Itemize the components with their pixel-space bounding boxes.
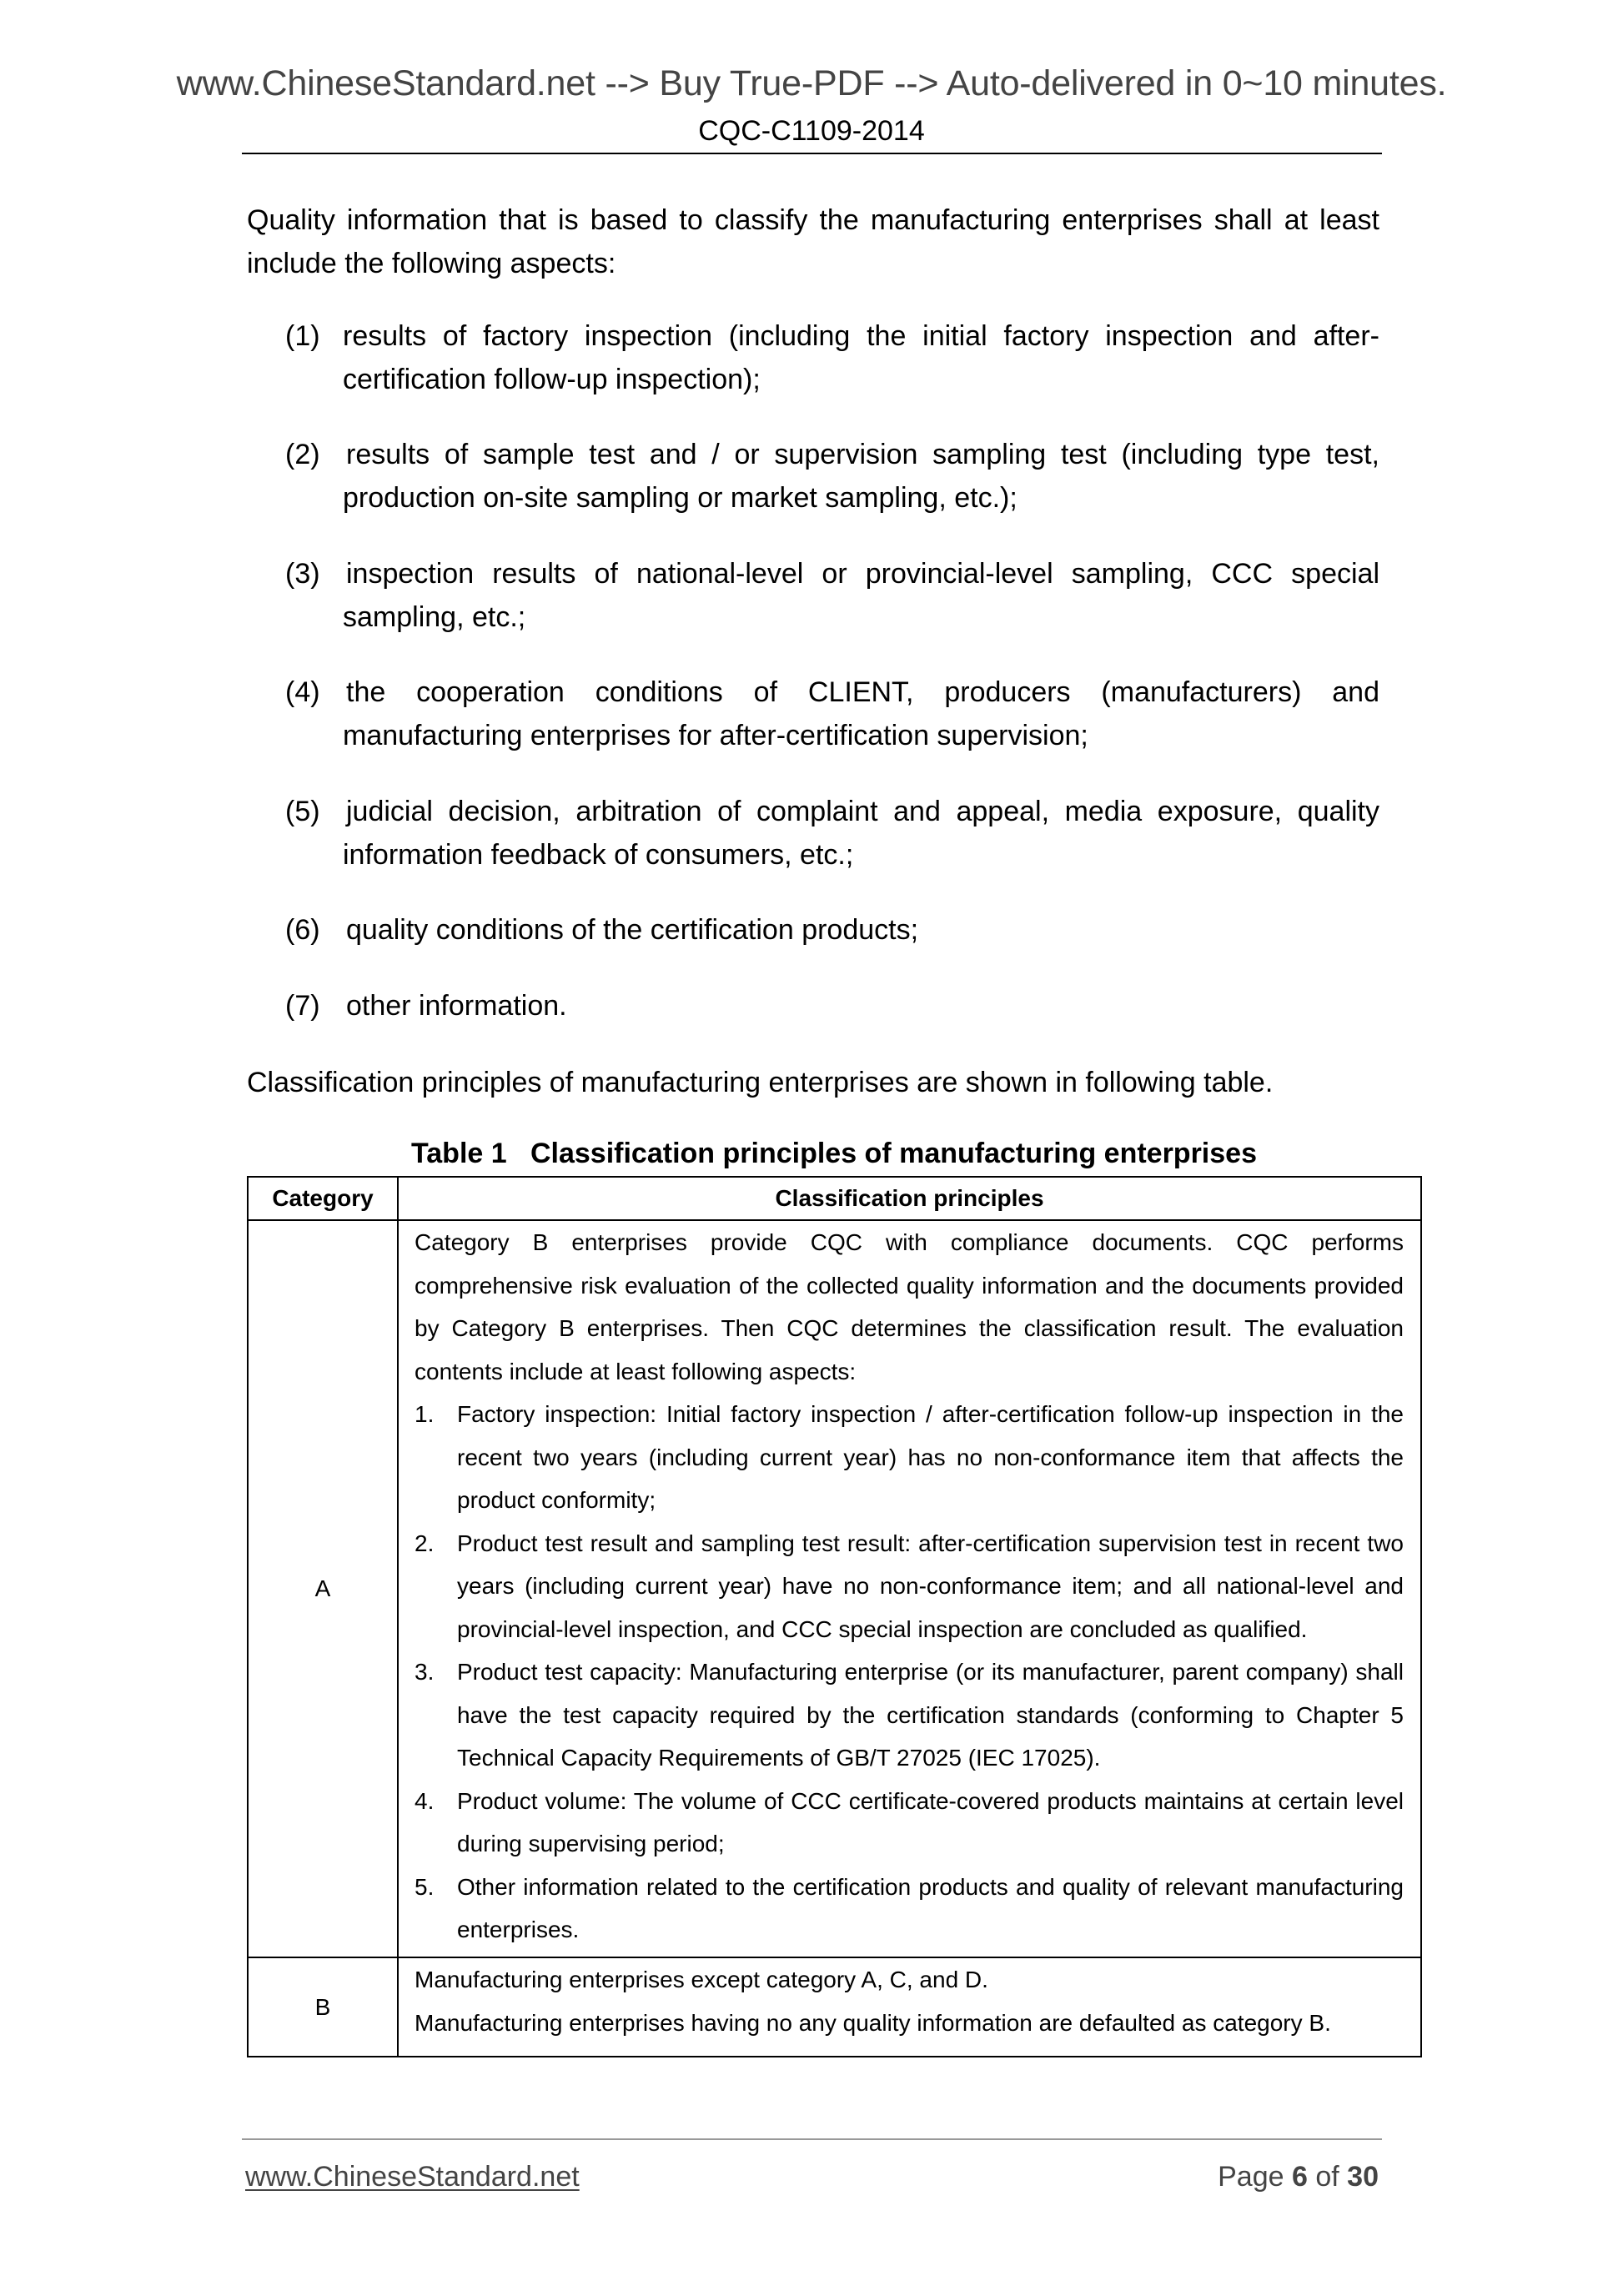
page-indicator: Page 6 of 30 <box>1203 2161 1379 2193</box>
principles-cell: Category B enterprises provide CQC with … <box>398 1220 1421 1957</box>
aspect-text: results of factory inspection (including… <box>343 314 1379 401</box>
header-divider <box>242 153 1382 154</box>
aspect-text: the cooperation conditions of CLIENT, pr… <box>343 671 1379 757</box>
page-label: Page <box>1218 2161 1284 2193</box>
aspect-item-7: (7) other information. <box>285 984 1379 1027</box>
principle-item: 1. Factory inspection: Initial factory i… <box>415 1393 1404 1522</box>
principle-marker: 3. <box>415 1650 434 1694</box>
principle-item: 2. Product test result and sampling test… <box>415 1522 1404 1651</box>
aspect-marker: (7) <box>285 984 320 1027</box>
principle-line: Manufacturing enterprises except categor… <box>415 1958 1404 2002</box>
aspect-item-6: (6) quality conditions of the certificat… <box>285 908 1379 952</box>
table-row: B Manufacturing enterprises except categ… <box>248 1957 1421 2057</box>
aspect-text: other information. <box>343 984 1379 1027</box>
principle-item: 4. Product volume: The volume of CCC cer… <box>415 1780 1404 1866</box>
principle-line: Manufacturing enterprises having no any … <box>415 2002 1404 2045</box>
table-caption: Table 1 Classification principles of man… <box>247 1138 1421 1170</box>
principle-marker: 4. <box>415 1780 434 1823</box>
principle-marker: 1. <box>415 1393 434 1436</box>
aspect-item-3: (3) inspection results of national-level… <box>285 552 1379 639</box>
category-cell: B <box>248 1957 398 2057</box>
aspect-marker: (2) <box>285 433 320 476</box>
aspect-text: judicial decision, arbitration of compla… <box>343 790 1379 877</box>
category-cell: A <box>248 1220 398 1957</box>
intro-paragraph: Quality information that is based to cla… <box>247 198 1379 285</box>
footer-divider <box>242 2138 1382 2140</box>
principle-item: 3. Product test capacity: Manufacturing … <box>415 1650 1404 1780</box>
aspect-marker: (6) <box>285 908 320 952</box>
aspect-marker: (5) <box>285 790 320 833</box>
aspect-marker: (4) <box>285 671 320 714</box>
aspect-item-2: (2) results of sample test and / or supe… <box>285 433 1379 520</box>
page-total: 30 <box>1347 2161 1379 2193</box>
aspect-text: inspection results of national-level or … <box>343 552 1379 639</box>
aspect-item-5: (5) judicial decision, arbitration of co… <box>285 790 1379 877</box>
classification-table: Category Classification principles A Cat… <box>247 1176 1422 2057</box>
column-header-principles: Classification principles <box>398 1177 1421 1220</box>
page-of-label: of <box>1315 2161 1339 2193</box>
table-row: A Category B enterprises provide CQC wit… <box>248 1220 1421 1957</box>
aspect-text: quality conditions of the certification … <box>343 908 1379 952</box>
aspect-marker: (3) <box>285 552 320 595</box>
principle-text: Product test capacity: Manufacturing ent… <box>457 1659 1404 1771</box>
aspect-item-4: (4) the cooperation conditions of CLIENT… <box>285 671 1379 757</box>
page-current: 6 <box>1292 2161 1308 2193</box>
principle-text: Other information related to the certifi… <box>457 1874 1404 1943</box>
principle-text: Factory inspection: Initial factory insp… <box>457 1401 1404 1513</box>
principle-marker: 5. <box>415 1866 434 1909</box>
principle-item: 5. Other information related to the cert… <box>415 1866 1404 1952</box>
principles-cell: Manufacturing enterprises except categor… <box>398 1957 1421 2057</box>
footer-website-link[interactable]: www.ChineseStandard.net <box>245 2161 580 2193</box>
principle-marker: 2. <box>415 1522 434 1565</box>
table-intro-paragraph: Classification principles of manufacturi… <box>247 1061 1379 1104</box>
aspect-text: results of sample test and / or supervis… <box>343 433 1379 520</box>
table-header-row: Category Classification principles <box>248 1177 1421 1220</box>
aspect-item-1: (1) results of factory inspection (inclu… <box>285 314 1379 401</box>
aspect-marker: (1) <box>285 314 320 358</box>
principle-text: Product test result and sampling test re… <box>457 1530 1404 1642</box>
header-banner: www.ChineseStandard.net --> Buy True-PDF… <box>0 63 1623 104</box>
document-code: CQC-C1109-2014 <box>0 115 1623 148</box>
principle-text: Product volume: The volume of CCC certif… <box>457 1788 1404 1857</box>
principles-intro: Category B enterprises provide CQC with … <box>415 1221 1404 1393</box>
column-header-category: Category <box>248 1177 398 1220</box>
